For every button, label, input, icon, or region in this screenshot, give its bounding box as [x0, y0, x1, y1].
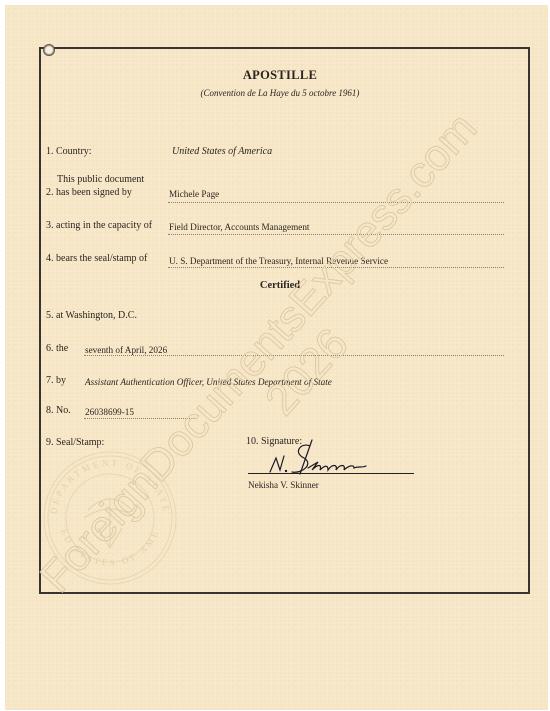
signed-by-line [168, 202, 504, 203]
place-label: 5. at Washington, D.C. [46, 310, 137, 321]
grommet-icon [43, 44, 55, 56]
signed-by-value: Michele Page [169, 189, 219, 199]
seal-of-label: 4. bears the seal/stamp of [46, 253, 147, 264]
department-of-state-seal-icon: DEPARTMENT OF STATE UNITED STATES OF AME… [38, 448, 178, 588]
document-title: APOSTILLE [34, 68, 526, 83]
signature-line [248, 473, 414, 474]
seal-stamp-label: 9. Seal/Stamp: [46, 437, 104, 448]
number-value: 26038699-15 [85, 407, 134, 417]
certified-heading: Certified [34, 280, 526, 291]
signer-name: Nekisha V. Skinner [248, 480, 319, 490]
number-label: 8. No. [46, 405, 71, 416]
number-line [84, 418, 196, 419]
signed-by-label: 2. has been signed by [46, 187, 132, 198]
preamble-text: This public document [57, 174, 144, 185]
date-line [84, 355, 504, 356]
capacity-line [168, 234, 504, 235]
country-value: United States of America [172, 146, 272, 157]
date-label: 6. the [46, 343, 68, 354]
capacity-value: Field Director, Accounts Management [169, 222, 309, 232]
seal-of-value: U. S. Department of the Treasury, Intern… [169, 256, 388, 266]
capacity-label: 3. acting in the capacity of [46, 220, 152, 231]
handwritten-signature [262, 438, 382, 478]
by-value: Assistant Authentication Officer, United… [85, 377, 332, 387]
date-value: seventh of April, 2026 [85, 345, 167, 355]
country-label: 1. Country: [46, 146, 92, 157]
seal-of-line [168, 267, 504, 268]
apostille-page [5, 5, 548, 710]
by-label: 7. by [46, 375, 66, 386]
document-subtitle: (Convention de La Haye du 5 octobre 1961… [34, 88, 526, 98]
